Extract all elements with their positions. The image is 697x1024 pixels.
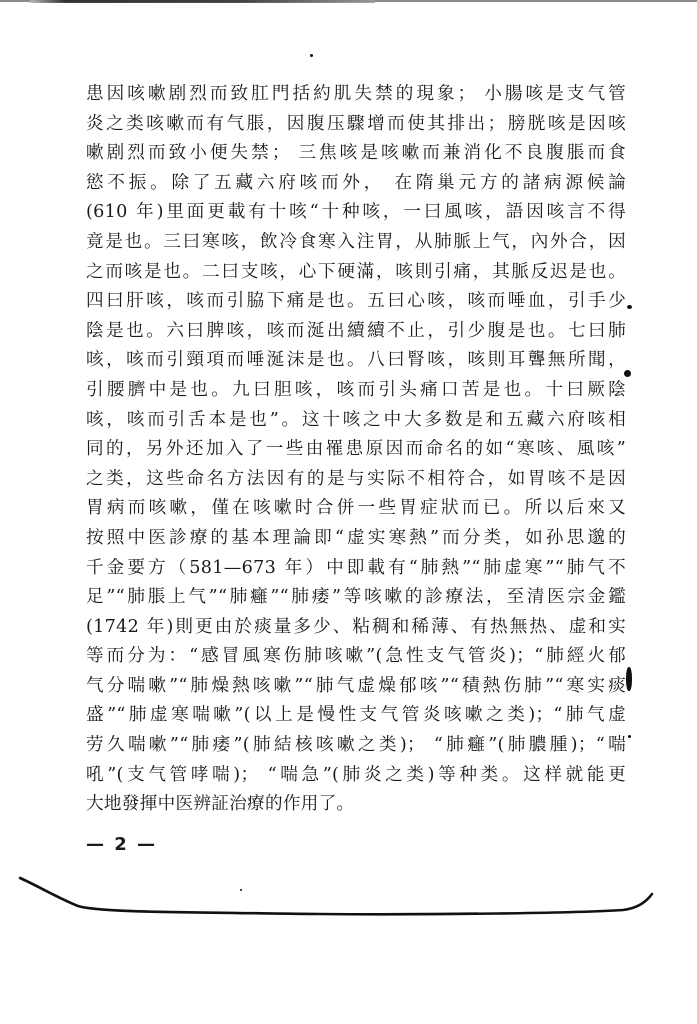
scan-speck (624, 370, 631, 377)
text-line: 嗽剧烈而致小便失禁； 三焦咳是咳嗽而兼消化不良腹脹而食 (86, 139, 626, 169)
text-line: 气分喘嗽”“肺燥熱咳嗽”“肺气虚燥郁咳”“積熱伤肺”“寒实痰 (86, 672, 626, 702)
text-line: 千金要方（581—673 年）中即載有“肺熱”“肺虚寒”“肺气不 (86, 554, 626, 584)
scan-speck (240, 889, 242, 891)
text-line: 等而分为：“感冒風寒伤肺咳嗽”(急性支气管炎)；“肺經火郁 (86, 642, 626, 672)
text-line: 竟是也。三曰寒咳，飲冷食寒入注胃，从肺脈上气，內外合，因 (86, 228, 626, 258)
text-line: 炎之类咳嗽而有气脹，因腹压驟增而使其排出；膀胱咳是因咳 (86, 110, 626, 140)
text-line: 咳，咳而引舌本是也”。这十咳之中大多数是和五藏六府咳相 (86, 406, 626, 436)
text-line: 同的，另外还加入了一些由罹患原因而命名的如“寒咳、風咳” (86, 435, 626, 465)
text-line: 按照中医診療的基本理論即“虚实寒熱”而分类，如孙思邈的 (86, 524, 626, 554)
text-line: 陰是也。六曰脾咳，咳而涎出續續不止，引少腹是也。七曰肺 (86, 317, 626, 347)
scan-speck (626, 667, 632, 691)
text-line: 之而咳是也。二曰支咳，心下硬滿，咳則引痛，其脈反迟是也。 (86, 258, 626, 288)
text-line: 引腰臍中是也。九曰胆咳，咳而引头痛口苦是也。十曰厥陰 (86, 376, 626, 406)
scan-speck (628, 735, 631, 738)
text-line: 盛”“肺虚寒喘嗽”(以上是慢性支气管炎咳嗽之类)；“肺气虚 (86, 701, 626, 731)
text-line: 大地發揮中医辨証治療的作用了。 (86, 790, 626, 820)
text-line: 咳，咳而引頸項而唾涎沫是也。八曰腎咳，咳則耳聾無所聞， (86, 346, 626, 376)
text-line: 足”“肺脹上气”“肺癰”“肺痿”等咳嗽的診療法，至清医宗金鑑 (86, 583, 626, 613)
scan-speck (627, 305, 632, 309)
text-line: (1742 年)則更由於痰量多少、粘稠和稀薄、有热無热、虚和实 (86, 613, 626, 643)
scan-speck (310, 54, 313, 57)
text-line: 慾不振。除了五藏六府咳而外， 在隋巢元方的諸病源候論 (86, 169, 626, 199)
text-line: 吼”(支气管哮喘)； “喘急”(肺炎之类)等种类。这样就能更 (86, 761, 626, 791)
text-line: 劳久喘嗽”“肺痿”(肺結核咳嗽之类)； “肺癰”(肺膿腫)；“喘 (86, 731, 626, 761)
text-line: 四曰肝咳，咳而引脇下痛是也。五曰心咳，咳而唾血，引手少 (86, 287, 626, 317)
text-line: 之类，这些命名方法因有的是与实际不相符合，如胃咳不是因 (86, 465, 626, 495)
page-number: — 2 — (86, 834, 157, 855)
text-line: 患因咳嗽剧烈而致肛門括約肌失禁的現象； 小腸咳是支气管 (86, 80, 626, 110)
text-line: 胃病而咳嗽，僅在咳嗽时合併一些胃症狀而已。所以后來又 (86, 494, 626, 524)
scan-top-smudge (30, 0, 375, 3)
text-line: (610 年)里面更載有十咳“十种咳，一曰風咳，語因咳言不得 (86, 198, 626, 228)
page-edge-shadow (18, 876, 654, 916)
body-text: 患因咳嗽剧烈而致肛門括約肌失禁的現象； 小腸咳是支气管 炎之类咳嗽而有气脹，因腹… (86, 80, 626, 820)
